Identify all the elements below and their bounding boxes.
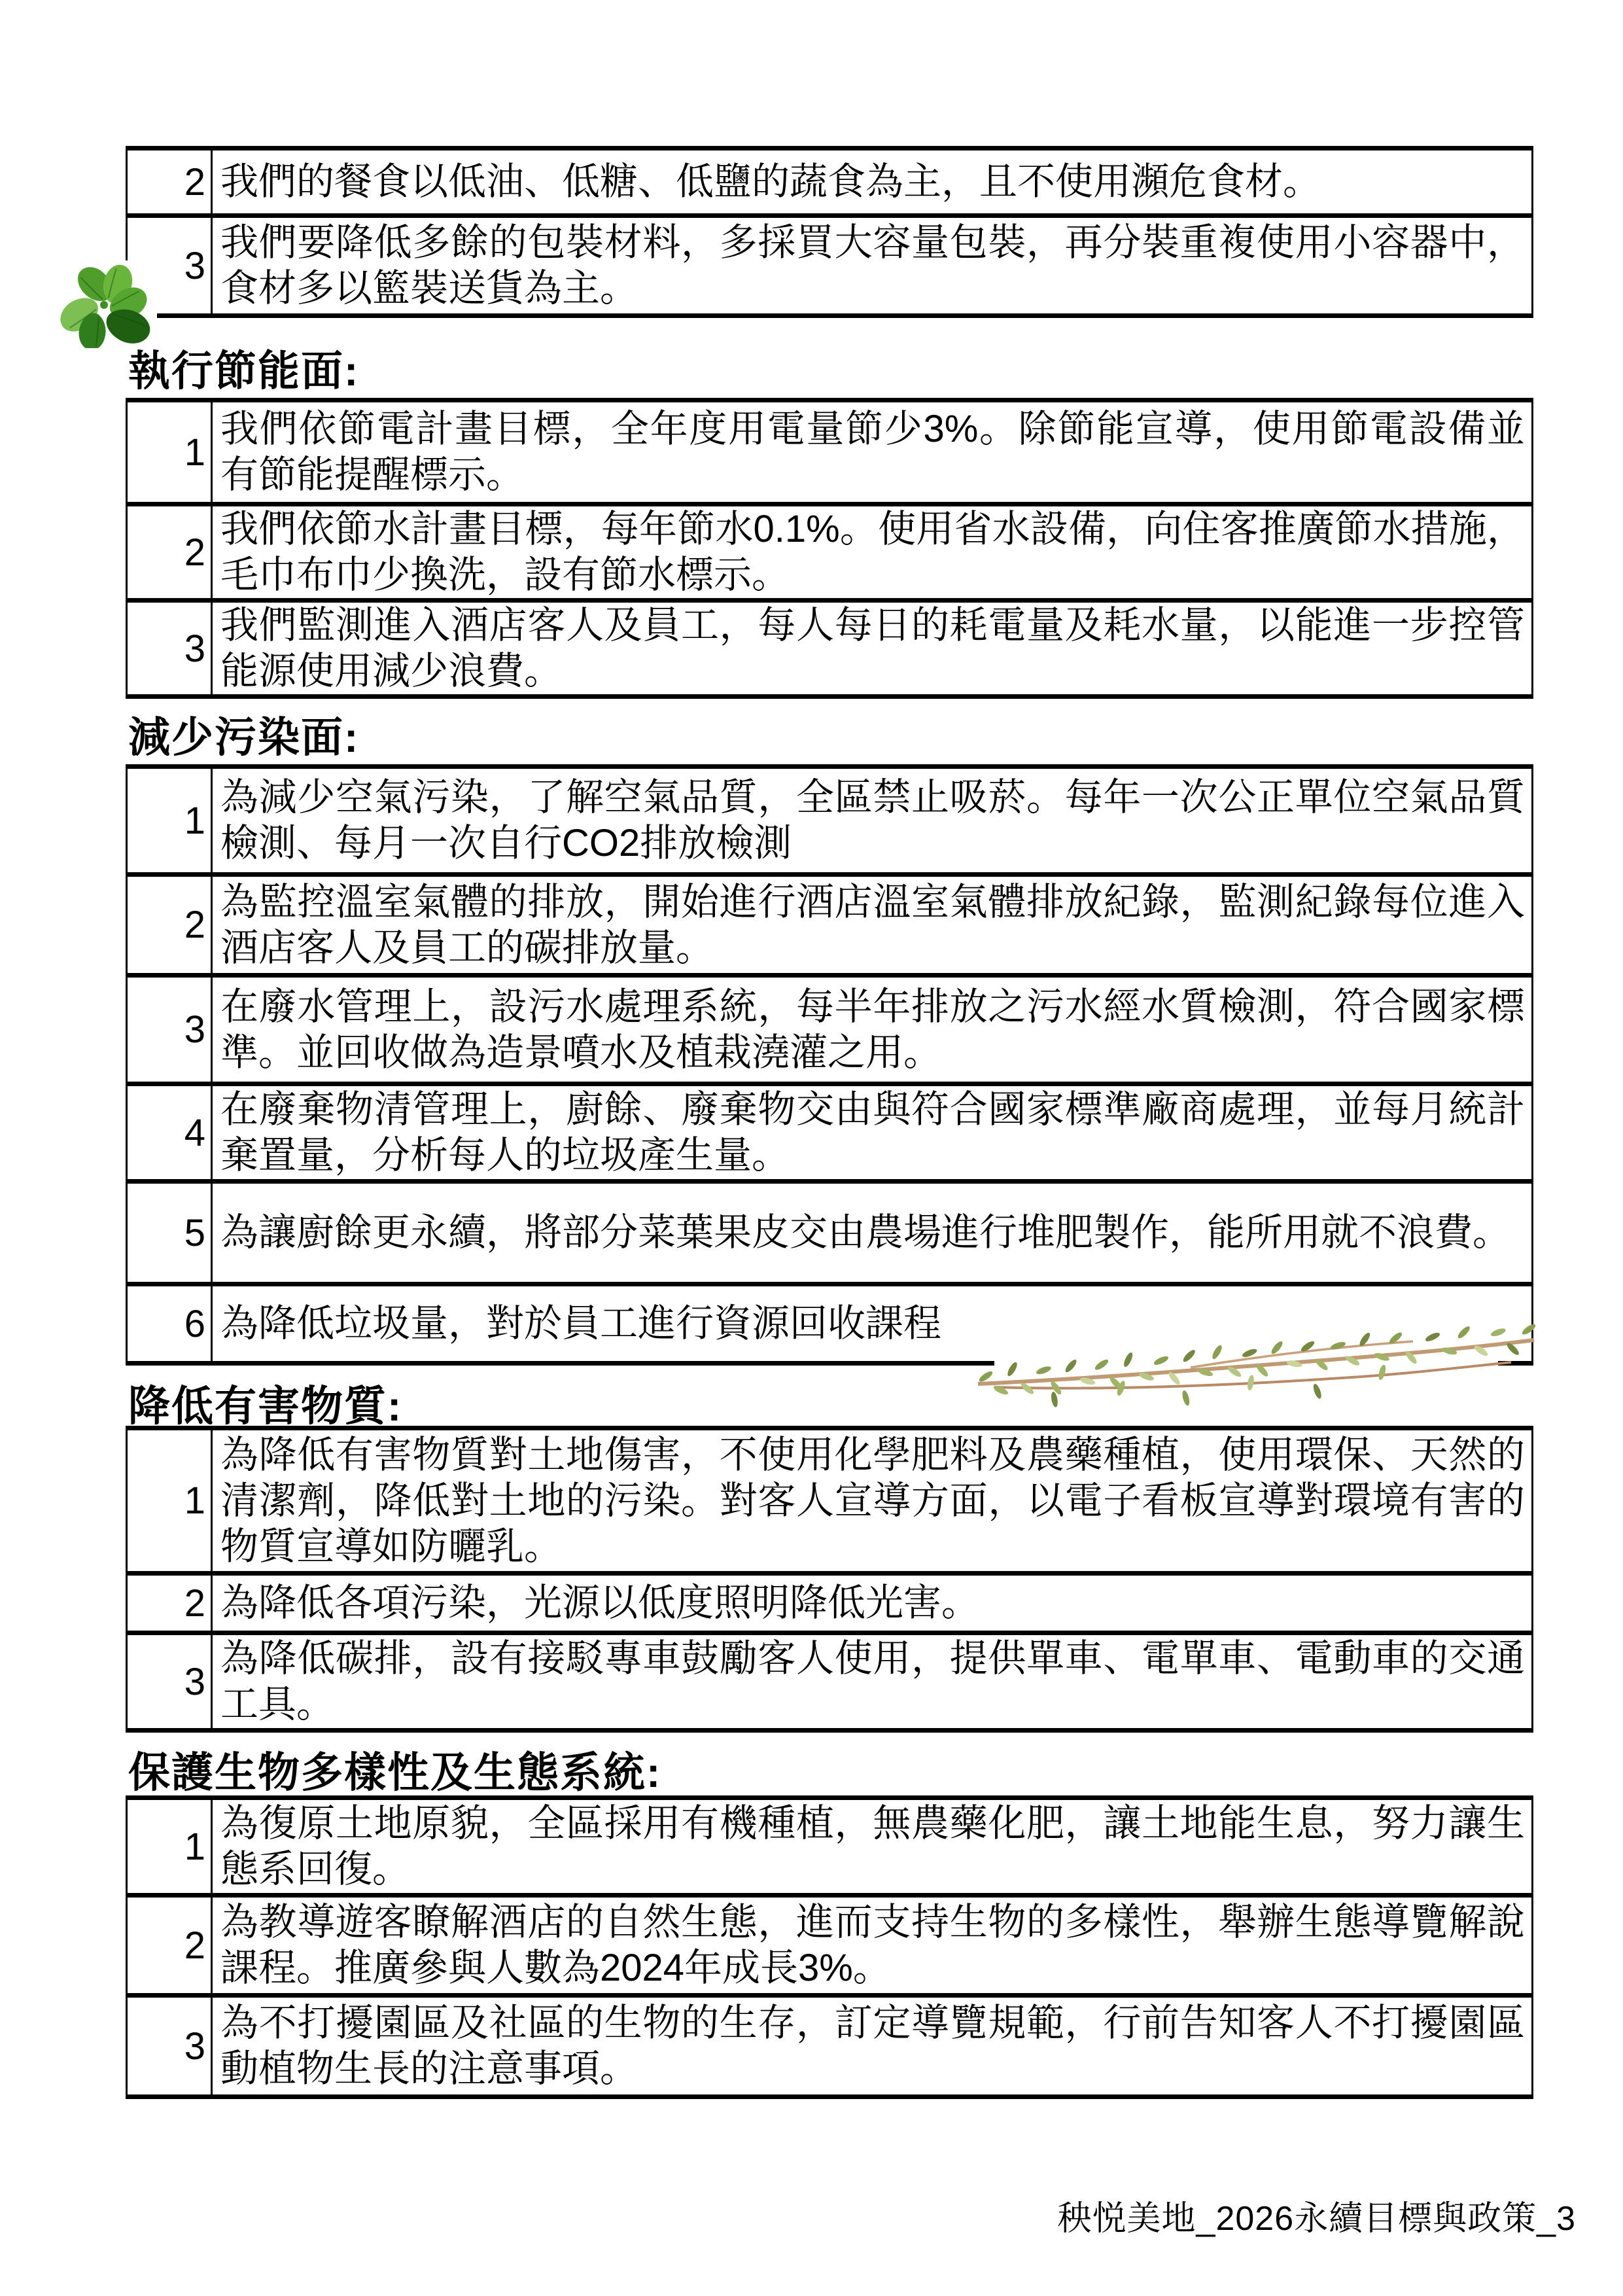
table-row: 1 為復原土地原貌，全區採用有機種植，無農藥化肥，讓土地能生息，努力讓生態系回復… <box>128 1800 1531 1893</box>
table-row: 1 我們依節電計畫目標，全年度用電量節少3%。除節能宣導，使用節電設備並有節能提… <box>128 402 1531 502</box>
row-number-cell: 3 <box>128 1635 213 1728</box>
row-text-cell: 為不打擾園區及社區的生物的生存，訂定導覽規範，行前告知客人不打擾園區動植物生長的… <box>213 1998 1531 2094</box>
document-page: 2 我們的餐食以低油、低糖、低鹽的蔬食為主，且不使用瀕危食材。 3 我們要降低多… <box>0 0 1623 2296</box>
table-pollution-reduction: 1 為減少空氣污染，了解空氣品質，全區禁止吸菸。每年一次公正單位空氣品質檢測、每… <box>126 764 1533 1366</box>
table-row: 3 為降低碳排，設有接駁專車鼓勵客人使用，提供單車、電單車、電動車的交通工具。 <box>128 1631 1531 1728</box>
row-number-cell: 1 <box>128 769 213 872</box>
row-text-cell: 我們監測進入酒店客人及員工，每人每日的耗電量及耗水量，以能進一步控管能源使用減少… <box>213 603 1531 694</box>
row-number-cell: 3 <box>128 978 213 1082</box>
row-text-cell: 我們依節水計畫目標，每年節水0.1%。使用省水設備，向住客推廣節水措施，毛巾布巾… <box>213 506 1531 598</box>
table-biodiversity: 1 為復原土地原貌，全區採用有機種植，無農藥化肥，讓土地能生息，努力讓生態系回復… <box>126 1795 1533 2099</box>
row-number-cell: 1 <box>128 1430 213 1571</box>
row-text-cell: 為監控溫室氣體的排放，開始進行酒店溫室氣體排放紀錄，監測紀錄每位進入酒店客人及員… <box>213 877 1531 973</box>
row-number-cell: 5 <box>128 1184 213 1282</box>
table-row: 2 我們的餐食以低油、低糖、低鹽的蔬食為主，且不使用瀕危食材。 <box>128 150 1531 213</box>
row-number-cell: 4 <box>128 1086 213 1179</box>
table-harmful-substances: 1 為降低有害物質對土地傷害，不使用化學肥料及農藥種植，使用環保、天然的清潔劑，… <box>126 1426 1533 1733</box>
row-text-cell: 為讓廚餘更永續，將部分菜葉果皮交由農場進行堆肥製作，能所用就不浪費。 <box>213 1184 1531 1282</box>
row-number-cell: 1 <box>128 402 213 502</box>
table-row: 2 為監控溫室氣體的排放，開始進行酒店溫室氣體排放紀錄，監測紀錄每位進入酒店客人… <box>128 872 1531 973</box>
row-number-cell: 2 <box>128 1576 213 1631</box>
row-text-cell: 為教導遊客瞭解酒店的自然生態，進而支持生物的多樣性，舉辦生態導覽解說課程。推廣參… <box>213 1898 1531 1993</box>
table-row: 3 我們要降低多餘的包裝材料，多採買大容量包裝，再分裝重複使用小容器中，食材多以… <box>128 213 1531 313</box>
row-number-cell: 1 <box>128 1800 213 1893</box>
table-row: 5 為讓廚餘更永續，將部分菜葉果皮交由農場進行堆肥製作，能所用就不浪費。 <box>128 1179 1531 1282</box>
section-heading-harmful-substances: 降低有害物質: <box>128 1373 402 1433</box>
section-heading-biodiversity: 保護生物多樣性及生態系統: <box>128 1739 661 1799</box>
row-text-cell: 為降低有害物質對土地傷害，不使用化學肥料及農藥種植，使用環保、天然的清潔劑，降低… <box>213 1430 1531 1571</box>
table-row: 2 為教導遊客瞭解酒店的自然生態，進而支持生物的多樣性，舉辦生態導覽解說課程。推… <box>128 1893 1531 1993</box>
page-footer: 秧悦美地_2026永續目標與政策_3 <box>1058 2191 1576 2240</box>
row-text-cell: 我們依節電計畫目標，全年度用電量節少3%。除節能宣導，使用節電設備並有節能提醒標… <box>213 402 1531 502</box>
row-text-cell: 為復原土地原貌，全區採用有機種植，無農藥化肥，讓土地能生息，努力讓生態系回復。 <box>213 1800 1531 1893</box>
row-number-cell: 2 <box>128 877 213 973</box>
section-heading-pollution-reduction: 減少污染面: <box>128 704 359 764</box>
table-row: 2 為降低各項污染，光源以低度照明降低光害。 <box>128 1571 1531 1631</box>
section-heading-energy-saving: 執行節能面: <box>128 338 359 398</box>
row-number-cell: 6 <box>128 1286 213 1361</box>
table-row: 2 我們依節水計畫目標，每年節水0.1%。使用省水設備，向住客推廣節水措施，毛巾… <box>128 502 1531 598</box>
row-text-cell: 在廢水管理上，設污水處理系統，每半年排放之污水經水質檢測，符合國家標準。並回收做… <box>213 978 1531 1082</box>
mint-leaves-image <box>52 260 157 348</box>
table-row: 4 在廢棄物清管理上，廚餘、廢棄物交由與符合國家標準廠商處理，並每月統計棄置量，… <box>128 1082 1531 1179</box>
row-number-cell: 3 <box>128 1998 213 2094</box>
row-text-cell: 為降低各項污染，光源以低度照明降低光害。 <box>213 1576 1531 1631</box>
table-energy-saving: 1 我們依節電計畫目標，全年度用電量節少3%。除節能宣導，使用節電設備並有節能提… <box>126 398 1533 699</box>
row-text-cell: 我們要降低多餘的包裝材料，多採買大容量包裝，再分裝重複使用小容器中，食材多以籃裝… <box>213 218 1531 313</box>
table-row: 3 在廢水管理上，設污水處理系統，每半年排放之污水經水質檢測，符合國家標準。並回… <box>128 973 1531 1082</box>
row-number-cell: 2 <box>128 150 213 213</box>
table-food-packaging: 2 我們的餐食以低油、低糖、低鹽的蔬食為主，且不使用瀕危食材。 3 我們要降低多… <box>126 146 1533 318</box>
thyme-sprig-image <box>975 1322 1537 1420</box>
row-text-cell: 在廢棄物清管理上，廚餘、廢棄物交由與符合國家標準廠商處理，並每月統計棄置量，分析… <box>213 1086 1531 1179</box>
row-text-cell: 為降低碳排，設有接駁專車鼓勵客人使用，提供單車、電單車、電動車的交通工具。 <box>213 1635 1531 1728</box>
row-text-cell: 我們的餐食以低油、低糖、低鹽的蔬食為主，且不使用瀕危食材。 <box>213 150 1531 213</box>
row-text-cell: 為減少空氣污染，了解空氣品質，全區禁止吸菸。每年一次公正單位空氣品質檢測、每月一… <box>213 769 1531 872</box>
table-row: 3 為不打擾園區及社區的生物的生存，訂定導覽規範，行前告知客人不打擾園區動植物生… <box>128 1993 1531 2094</box>
table-row: 1 為減少空氣污染，了解空氣品質，全區禁止吸菸。每年一次公正單位空氣品質檢測、每… <box>128 769 1531 872</box>
row-number-cell: 3 <box>128 603 213 694</box>
table-row: 1 為降低有害物質對土地傷害，不使用化學肥料及農藥種植，使用環保、天然的清潔劑，… <box>128 1430 1531 1571</box>
table-row: 3 我們監測進入酒店客人及員工，每人每日的耗電量及耗水量，以能進一步控管能源使用… <box>128 598 1531 694</box>
row-number-cell: 2 <box>128 506 213 598</box>
row-number-cell: 2 <box>128 1898 213 1993</box>
